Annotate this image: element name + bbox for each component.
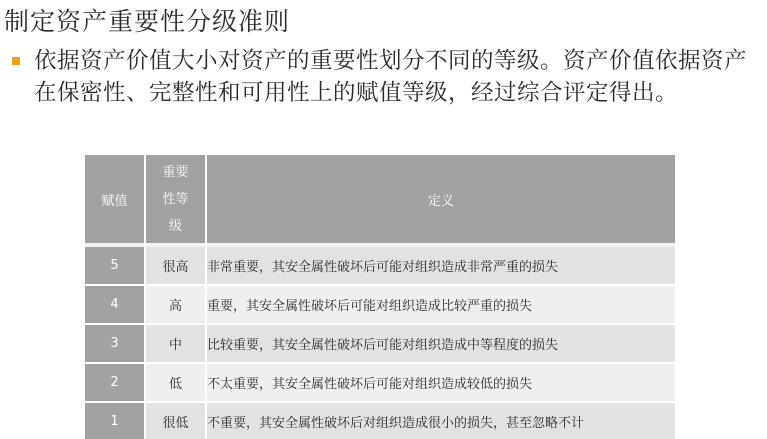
table-row: 3 中 比较重要，其安全属性破坏后可能对组织造成中等程度的损失 [85, 325, 675, 364]
slide-title: 制定资产重要性分级准则 [4, 2, 290, 38]
cell-level: 很高 [146, 247, 207, 286]
header-level-line: 性等 [146, 186, 205, 213]
cell-value: 2 [85, 364, 146, 403]
cell-level: 中 [146, 325, 207, 364]
table-row: 5 很高 非常重要，其安全属性破坏后可能对组织造成非常严重的损失 [85, 247, 675, 286]
header-definition: 定义 [207, 155, 675, 247]
cell-value: 1 [85, 403, 146, 439]
orange-square-bullet-icon [12, 57, 20, 65]
header-level-line: 级 [146, 213, 205, 240]
cell-definition: 不太重要，其安全属性破坏后可能对组织造成较低的损失 [207, 364, 675, 403]
cell-definition: 比较重要，其安全属性破坏后可能对组织造成中等程度的损失 [207, 325, 675, 364]
table-row: 2 低 不太重要，其安全属性破坏后可能对组织造成较低的损失 [85, 364, 675, 403]
header-level-line: 重要 [146, 159, 205, 186]
cell-value: 5 [85, 247, 146, 286]
table-row: 1 很低 不重要，其安全属性破坏后对组织造成很小的损失，甚至忽略不计 [85, 403, 675, 439]
table-row: 4 高 重要，其安全属性破坏后可能对组织造成比较严重的损失 [85, 286, 675, 325]
cell-definition: 重要，其安全属性破坏后可能对组织造成比较严重的损失 [207, 286, 675, 325]
cell-value: 4 [85, 286, 146, 325]
cell-level: 高 [146, 286, 207, 325]
header-value: 赋值 [85, 155, 146, 247]
asset-importance-table: 赋值 重要 性等 级 定义 5 很高 非常重要，其安全属性破坏后可能对组织造成非… [85, 155, 675, 439]
table-header-row: 赋值 重要 性等 级 定义 [85, 155, 675, 247]
header-importance-level: 重要 性等 级 [146, 155, 207, 247]
cell-definition: 非常重要，其安全属性破坏后可能对组织造成非常严重的损失 [207, 247, 675, 286]
bullet-text: 依据资产价值大小对资产的重要性划分不同的等级。资产价值依据资产在保密性、完整性和… [34, 45, 762, 109]
cell-level: 低 [146, 364, 207, 403]
cell-definition: 不重要，其安全属性破坏后对组织造成很小的损失，甚至忽略不计 [207, 403, 675, 439]
cell-value: 3 [85, 325, 146, 364]
cell-level: 很低 [146, 403, 207, 439]
